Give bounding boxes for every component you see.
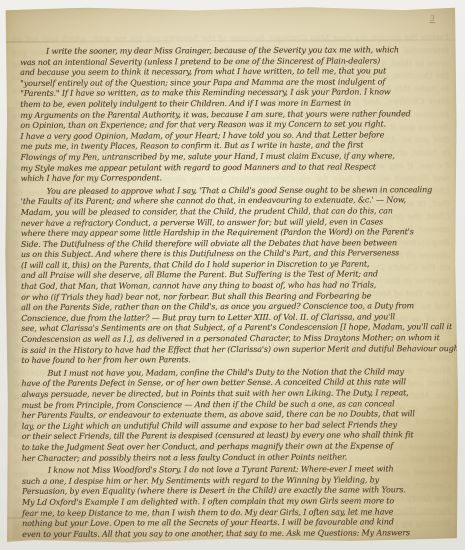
letter-line: her Character; and possibly theirs not a…: [22, 452, 453, 464]
letter-line: I know not Miss Woodford's Story. I do n…: [22, 464, 453, 476]
letter-line: to have found to her from her own Parent…: [21, 354, 452, 366]
paragraph: I know not Miss Woodford's Story. I do n…: [22, 464, 453, 540]
paragraph: You are pleased to approve what I say, '…: [21, 185, 453, 367]
paragraph: But I must not have you, Madam, confine …: [21, 367, 452, 464]
letter-line: Madam, you will be pleased to consider, …: [21, 206, 452, 218]
paper-crease: [4, 39, 457, 43]
paragraph: I write the sooner, my dear Miss Grainge…: [20, 45, 452, 185]
letter-line: even to your Faults. All that you say to…: [22, 528, 453, 540]
letter-body: I write the sooner, my dear Miss Grainge…: [20, 45, 453, 540]
letter-line: is said in the History to have had the E…: [21, 344, 452, 356]
letter-line: which I have for my Correspondent.: [21, 172, 452, 184]
letter-line: Flowings of my Pen, untranscribed by me,…: [20, 151, 451, 163]
letter-page: I write the sooner, my dear Miss Grainge…: [4, 5, 459, 544]
page-number: 3: [430, 14, 435, 23]
scan-background: I write the sooner, my dear Miss Grainge…: [0, 0, 465, 550]
letter-line: I write the sooner, my dear Miss Grainge…: [20, 45, 451, 57]
letter-line: to take the Judgment Seat over her Condu…: [22, 441, 453, 453]
letter-line: us on this Subject. And where there is t…: [21, 248, 452, 260]
